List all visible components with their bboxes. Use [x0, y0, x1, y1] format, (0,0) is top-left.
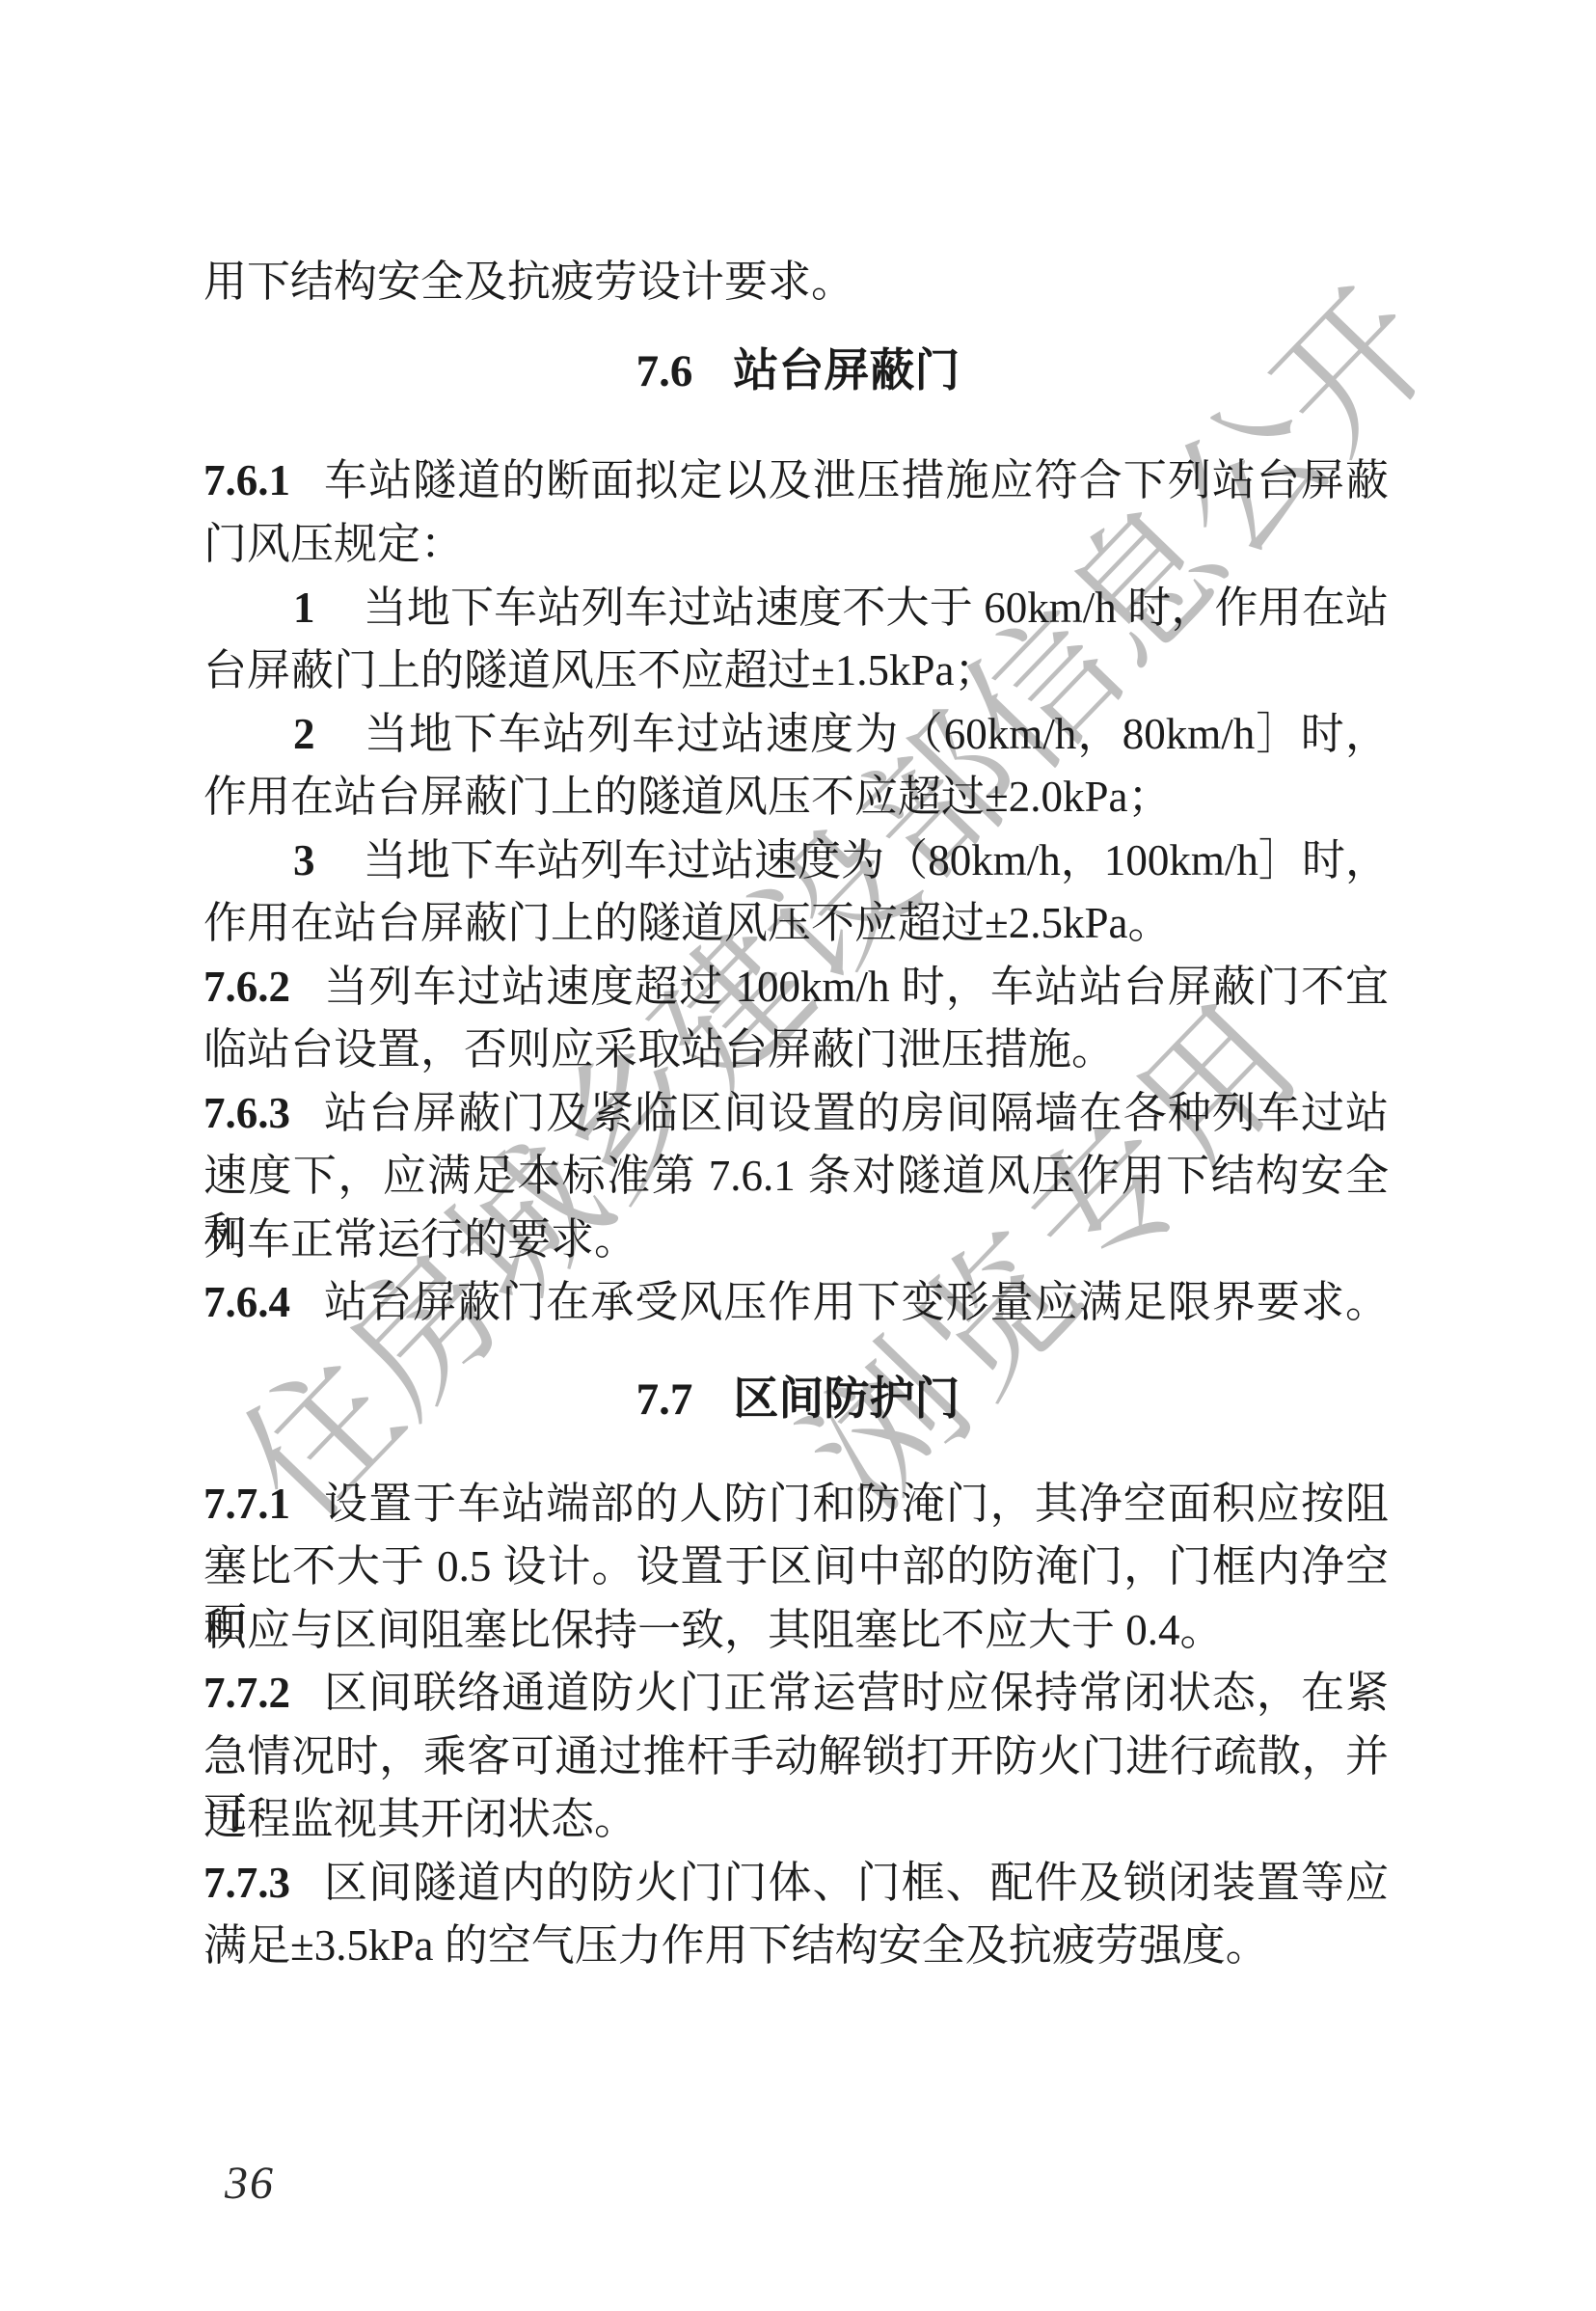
body-line: 临站台设置，否则应采取站台屏蔽门泄压措施。	[203, 1020, 1389, 1080]
clause-label: 7.7.1	[203, 1480, 290, 1528]
item-number: 3	[293, 836, 315, 884]
body-line: 门风压规定：	[203, 515, 1389, 575]
body-line: 7.7.2区间联络通道防火门正常运营时应保持常闭状态，在紧	[203, 1664, 1389, 1724]
body-line: 1当地下车站列车过站速度不大于 60km/h 时，作用在站	[293, 579, 1389, 639]
body-line: 7.7.1设置于车站端部的人防门和防淹门，其净空面积应按阻	[203, 1475, 1389, 1535]
section-7-7-title: 区间防护门	[733, 1374, 960, 1425]
clause-text: 设置于车站端部的人防门和防淹门，其净空面积应按阻	[323, 1480, 1389, 1528]
item-number: 1	[293, 584, 315, 632]
section-7-7-number: 7.7	[636, 1374, 693, 1425]
item-text: 当地下车站列车过站速度为（60km/h，80km/h］时，	[364, 710, 1390, 758]
clause-label: 7.6.2	[203, 963, 290, 1011]
body-line: 作用在站台屏蔽门上的隧道风压不应超过±2.0kPa；	[203, 768, 1389, 828]
clause-text: 站台屏蔽门在承受风压作用下变形量应满足限界要求。	[323, 1278, 1389, 1326]
clause-label: 7.6.3	[203, 1089, 290, 1137]
body-line: 满足±3.5kPa 的空气压力作用下结构安全及抗疲劳强度。	[203, 1917, 1389, 1976]
body-line: 塞比不大于 0.5 设计。设置于区间中部的防淹门，门框内净空面	[203, 1537, 1389, 1597]
section-7-7-heading: 7.7区间防护门	[0, 1372, 1596, 1427]
body-line: 2当地下车站列车过站速度为（60km/h，80km/h］时，	[293, 705, 1389, 765]
body-line: 远程监视其开闭状态。	[203, 1790, 1389, 1850]
document-page: 住房城乡建设部信息公开 浏览专用 用下结构安全及抗疲劳设计要求。 7.6站台屏蔽…	[0, 0, 1596, 2311]
clause-text: 当列车过站速度超过 100km/h 时，车站站台屏蔽门不宜	[323, 963, 1389, 1011]
body-line: 列车正常运行的要求。	[203, 1210, 1389, 1270]
clause-label: 7.6.4	[203, 1278, 290, 1326]
clause-text: 车站隧道的断面拟定以及泄压措施应符合下列站台屏蔽	[323, 456, 1389, 504]
body-line: 7.7.3区间隧道内的防火门门体、门框、配件及锁闭装置等应	[203, 1854, 1389, 1914]
clause-text: 站台屏蔽门及紧临区间设置的房间隔墙在各种列车过站	[323, 1089, 1389, 1137]
clause-text: 区间联络通道防火门正常运营时应保持常闭状态，在紧	[323, 1669, 1389, 1717]
item-number: 2	[293, 710, 315, 758]
section-7-6-heading: 7.6站台屏蔽门	[0, 343, 1596, 399]
body-line: 7.6.1车站隧道的断面拟定以及泄压措施应符合下列站台屏蔽	[203, 451, 1389, 511]
clause-label: 7.7.2	[203, 1669, 290, 1717]
item-text: 当地下车站列车过站速度为（80km/h，100km/h］时，	[364, 836, 1390, 884]
body-line: 3当地下车站列车过站速度为（80km/h，100km/h］时，	[293, 831, 1389, 891]
intro-line: 用下结构安全及抗疲劳设计要求。	[203, 253, 1389, 313]
section-7-6-number: 7.6	[636, 346, 693, 396]
body-line: 7.6.3站台屏蔽门及紧临区间设置的房间隔墙在各种列车过站	[203, 1084, 1389, 1144]
body-line: 作用在站台屏蔽门上的隧道风压不应超过±2.5kPa。	[203, 894, 1389, 954]
clause-label: 7.6.1	[203, 456, 290, 504]
clause-label: 7.7.3	[203, 1859, 290, 1907]
body-line: 7.6.2当列车过站速度超过 100km/h 时，车站站台屏蔽门不宜	[203, 958, 1389, 1018]
body-line: 急情况时，乘客可通过推杆手动解锁打开防火门进行疏散，并可	[203, 1727, 1389, 1787]
clause-text: 区间隧道内的防火门门体、门框、配件及锁闭装置等应	[323, 1859, 1389, 1907]
body-line: 积应与区间阻塞比保持一致，其阻塞比不应大于 0.4。	[203, 1601, 1389, 1661]
body-line: 台屏蔽门上的隧道风压不应超过±1.5kPa；	[203, 641, 1389, 701]
body-line: 7.6.4站台屏蔽门在承受风压作用下变形量应满足限界要求。	[203, 1273, 1389, 1333]
page-number: 36	[225, 2157, 275, 2210]
item-text: 当地下车站列车过站速度不大于 60km/h 时，作用在站	[364, 584, 1390, 632]
body-line: 速度下，应满足本标准第 7.6.1 条对隧道风压作用下结构安全和	[203, 1147, 1389, 1207]
section-7-6-title: 站台屏蔽门	[733, 346, 960, 396]
